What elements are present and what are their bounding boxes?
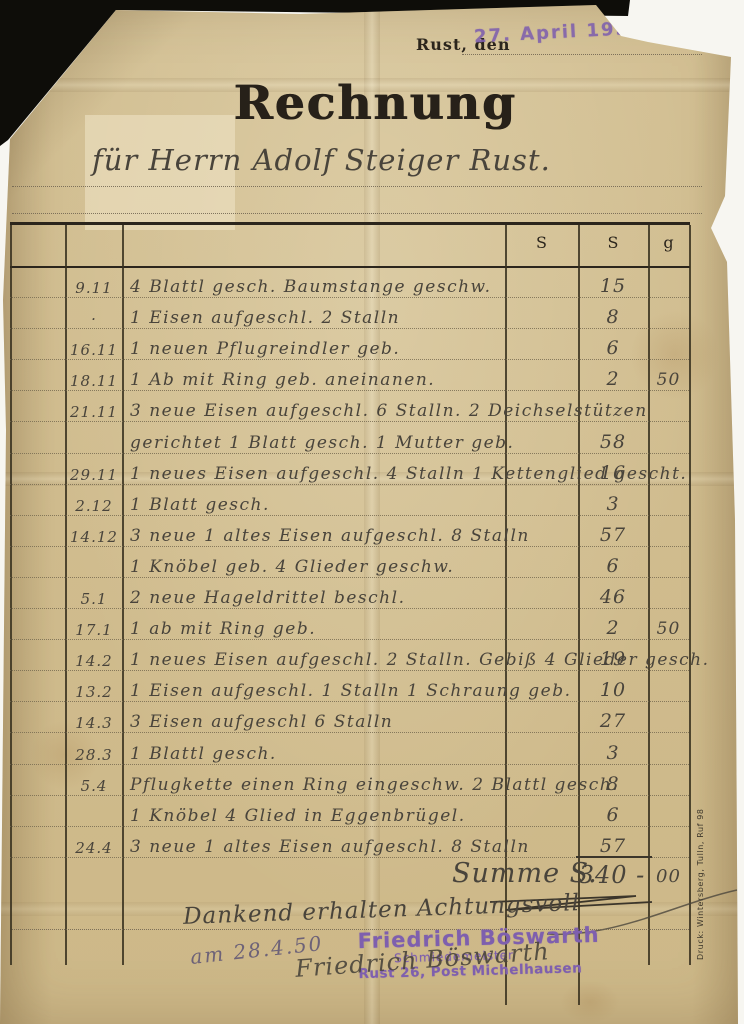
printer-imprint: Druck: Wintersberg, Tulln, Ruf 98 — [696, 778, 705, 960]
row-date: 13.2 — [66, 683, 122, 701]
row-amount-schilling: 3 — [578, 742, 648, 764]
table-row: 14.21 neues Eisen aufgeschl. 2 Stalln. G… — [0, 640, 744, 671]
row-amount-schilling: 58 — [578, 431, 648, 453]
table-row: 18.111 Ab mit Ring geb. aneinanen.250 — [0, 360, 744, 391]
table-row: 5.4Pflugkette einen Ring eingeschw. 2 Bl… — [0, 765, 744, 796]
row-description: 4 Blattl gesch. Baumstange geschw. — [130, 277, 492, 297]
row-description: 3 neue Eisen aufgeschl. 6 Stalln. 2 Deic… — [130, 401, 648, 421]
row-date: 28.3 — [66, 746, 122, 764]
row-description: 1 Ab mit Ring geb. aneinanen. — [130, 370, 435, 390]
row-description: 2 neue Hageldrittel beschl. — [130, 588, 405, 608]
table-row: 24.43 neue 1 altes Eisen aufgeschl. 8 St… — [0, 827, 744, 858]
column-header-g: g — [648, 233, 689, 252]
table-row: 14.123 neue 1 altes Eisen aufgeschl. 8 S… — [0, 516, 744, 547]
row-amount-schilling: 19 — [578, 648, 648, 670]
row-description: 1 Knöbel 4 Glied in Eggenbrügel. — [130, 806, 466, 826]
row-description: 3 Eisen aufgeschl 6 Stalln — [130, 712, 393, 732]
row-description: 1 Knöbel geb. 4 Glieder geschw. — [130, 557, 454, 577]
row-amount-schilling: 27 — [578, 710, 648, 732]
date-stamp: 27. April 1950 — [474, 18, 645, 48]
row-date: 14.2 — [66, 652, 122, 670]
row-amount-schilling: 6 — [578, 337, 648, 359]
row-date: 21.11 — [66, 403, 122, 421]
date-dotted-line — [462, 54, 702, 55]
column-header-s2: S — [578, 233, 648, 252]
sum-amount-schilling: 340 - — [576, 861, 648, 889]
row-amount-schilling: 8 — [578, 773, 648, 795]
table-row: 28.31 Blattl gesch.3 — [0, 734, 744, 765]
row-amount-schilling: 8 — [578, 306, 648, 328]
table-row: 17.11 ab mit Ring geb.250 — [0, 609, 744, 640]
row-amount-schilling: 6 — [578, 555, 648, 577]
row-amount-schilling: 15 — [578, 275, 648, 297]
row-date: 5.4 — [66, 777, 122, 795]
row-date: 17.1 — [66, 621, 122, 639]
row-date: 9.11 — [66, 279, 122, 297]
table-row: 21.113 neue Eisen aufgeschl. 6 Stalln. 2… — [0, 391, 744, 422]
row-amount-schilling: 6 — [578, 804, 648, 826]
row-date: 14.12 — [66, 528, 122, 546]
page-title: Rechnung — [180, 76, 570, 131]
column-header-s1: S — [505, 233, 578, 252]
row-date: 29.11 — [66, 466, 122, 484]
scanned-invoice-page: Rust, den 27. April 1950 Rechnung für He… — [0, 0, 744, 1024]
row-description: 1 Eisen aufgeschl. 1 Stalln 1 Schraung g… — [130, 681, 572, 701]
row-amount-groschen: 50 — [648, 619, 689, 639]
invoice-paper: Rust, den 27. April 1950 Rechnung für He… — [0, 0, 744, 1024]
table-row: ·1 Eisen aufgeschl. 2 Stalln8 — [0, 298, 744, 329]
row-amount-schilling: 16 — [578, 462, 648, 484]
row-description: 1 neuen Pflugreindler geb. — [130, 339, 400, 359]
row-amount-schilling: 2 — [578, 368, 648, 390]
row-date: · — [66, 310, 122, 328]
row-description: Pflugkette einen Ring eingeschw. 2 Blatt… — [130, 775, 619, 795]
table-row: 9.114 Blattl gesch. Baumstange geschw.15 — [0, 267, 744, 298]
row-description: 3 neue 1 altes Eisen aufgeschl. 8 Stalln — [130, 837, 530, 857]
table-top-border — [10, 222, 690, 225]
row-date: 18.11 — [66, 372, 122, 390]
row-amount-schilling: 2 — [578, 617, 648, 639]
row-amount-schilling: 3 — [578, 493, 648, 515]
table-row: 14.33 Eisen aufgeschl 6 Stalln27 — [0, 702, 744, 733]
row-amount-groschen: 50 — [648, 370, 689, 390]
recipient-line: für Herrn Adolf Steiger Rust. — [92, 143, 551, 177]
stain — [560, 980, 620, 1024]
row-date: 24.4 — [66, 839, 122, 857]
row-amount-schilling: 57 — [578, 835, 648, 857]
row-date: 2.12 — [66, 497, 122, 515]
row-date: 14.3 — [66, 714, 122, 732]
row-description: 1 Eisen aufgeschl. 2 Stalln — [130, 308, 400, 328]
table-row: 16.111 neuen Pflugreindler geb.6 — [0, 329, 744, 360]
table-row: 1 Knöbel geb. 4 Glieder geschw.6 — [0, 547, 744, 578]
table-row: 29.111 neues Eisen aufgeschl. 4 Stalln 1… — [0, 454, 744, 485]
row-amount-schilling: 10 — [578, 679, 648, 701]
table-row: 13.21 Eisen aufgeschl. 1 Stalln 1 Schrau… — [0, 671, 744, 702]
recipient-dotted-line — [12, 186, 702, 187]
row-amount-schilling: 57 — [578, 524, 648, 546]
sum-amount-groschen: 00 — [648, 866, 689, 887]
table-row: 1 Knöbel 4 Glied in Eggenbrügel.6 — [0, 796, 744, 827]
table-row: gerichtet 1 Blatt gesch. 1 Mutter geb.58 — [0, 423, 744, 454]
row-description: 3 neue 1 altes Eisen aufgeschl. 8 Stalln — [130, 526, 530, 546]
row-date: 16.11 — [66, 341, 122, 359]
table-row: 2.121 Blatt gesch.3 — [0, 485, 744, 516]
row-description: 1 ab mit Ring geb. — [130, 619, 316, 639]
row-amount-schilling: 46 — [578, 586, 648, 608]
second-dotted-line — [12, 213, 702, 214]
row-description: gerichtet 1 Blatt gesch. 1 Mutter geb. — [130, 433, 514, 453]
row-description: 1 Blatt gesch. — [130, 495, 270, 515]
table-row: 5.12 neue Hageldrittel beschl.46 — [0, 578, 744, 609]
row-description: 1 Blattl gesch. — [130, 744, 277, 764]
row-date: 5.1 — [66, 590, 122, 608]
